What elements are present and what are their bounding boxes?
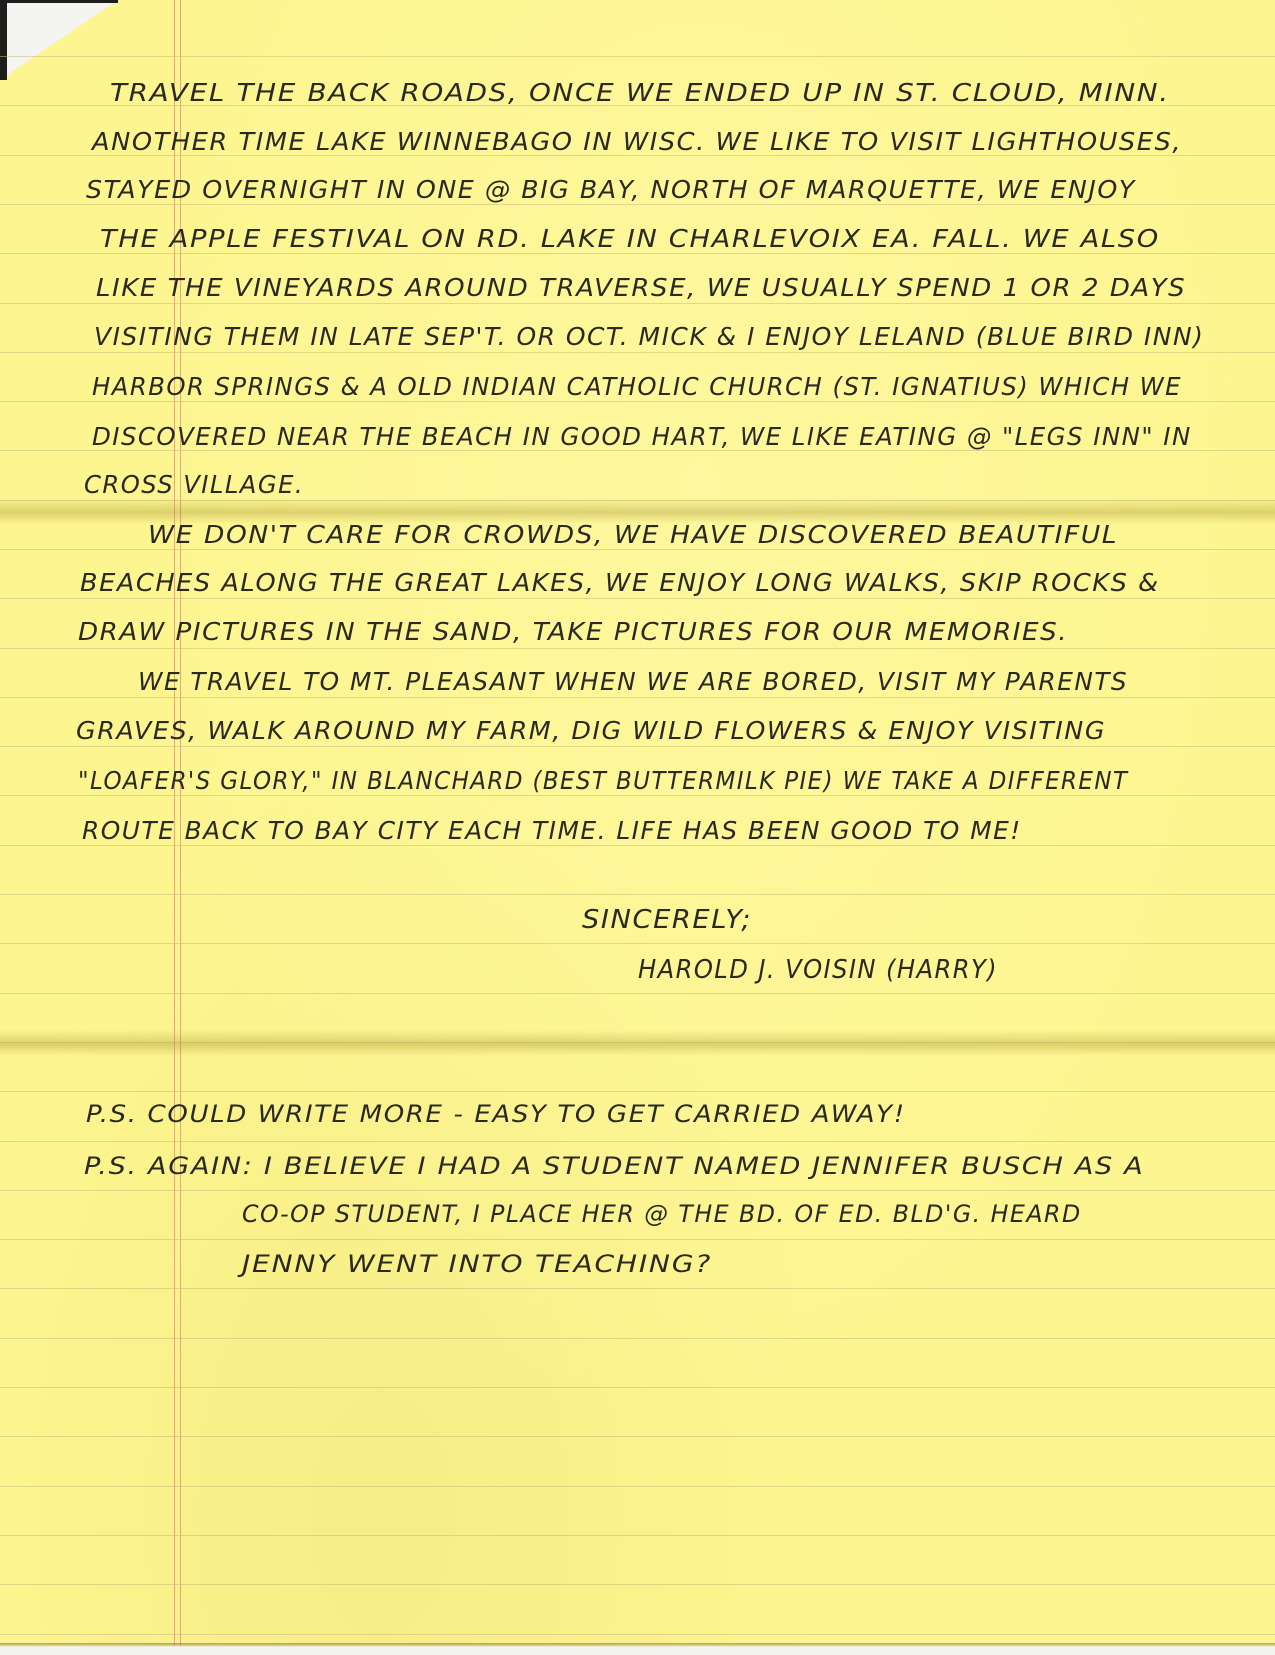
ruled-line xyxy=(0,1288,1275,1289)
ruled-line xyxy=(0,845,1275,846)
letter-line: "LOAFER'S GLORY," IN BLANCHARD (BEST BUT… xyxy=(78,766,1128,795)
ruled-line xyxy=(0,1486,1275,1487)
letter-line: ANOTHER TIME LAKE WINNEBAGO IN WISC. WE … xyxy=(92,127,1182,156)
postscript-line: P.S. COULD WRITE MORE - EASY TO GET CARR… xyxy=(86,1100,906,1128)
ruled-line xyxy=(0,648,1275,649)
letter-line: GRAVES, WALK AROUND MY FARM, DIG WILD FL… xyxy=(76,716,1106,745)
scan-border-top xyxy=(0,0,118,3)
ruled-line xyxy=(0,253,1275,254)
postscript-line: CO-OP STUDENT, I PLACE HER @ THE BD. OF … xyxy=(242,1200,1082,1228)
letter-line: HARBOR SPRINGS & A OLD INDIAN CATHOLIC C… xyxy=(92,372,1182,401)
paper-fold xyxy=(0,1030,1275,1056)
letter-line: ROUTE BACK TO BAY CITY EACH TIME. LIFE H… xyxy=(82,816,1022,845)
letter-line: VISITING THEM IN LATE SEP'T. OR OCT. MIC… xyxy=(94,322,1204,351)
letter-line: WE DON'T CARE FOR CROWDS, WE HAVE DISCOV… xyxy=(148,520,1118,549)
ruled-line xyxy=(0,943,1275,944)
ruled-line xyxy=(0,303,1275,304)
letter-line: LIKE THE VINEYARDS AROUND TRAVERSE, WE U… xyxy=(96,273,1186,302)
ruled-line xyxy=(0,549,1275,550)
ruled-line xyxy=(0,1141,1275,1142)
ruled-line xyxy=(0,352,1275,353)
ruled-line xyxy=(0,1584,1275,1585)
ruled-line xyxy=(0,894,1275,895)
letter-line: DISCOVERED NEAR THE BEACH IN GOOD HART, … xyxy=(92,422,1192,451)
ruled-line xyxy=(0,1190,1275,1191)
ruled-line xyxy=(0,598,1275,599)
letter-line: BEACHES ALONG THE GREAT LAKES, WE ENJOY … xyxy=(80,568,1160,597)
ruled-line xyxy=(0,795,1275,796)
ruled-line xyxy=(0,1091,1275,1092)
ruled-line xyxy=(0,746,1275,747)
ruled-line xyxy=(0,1338,1275,1339)
letter-line: TRAVEL THE BACK ROADS, ONCE WE ENDED UP … xyxy=(110,78,1170,107)
ruled-line xyxy=(0,1436,1275,1437)
ruled-line xyxy=(0,993,1275,994)
ruled-line xyxy=(0,204,1275,205)
letter-line: THE APPLE FESTIVAL ON RD. LAKE IN CHARLE… xyxy=(100,224,1160,253)
ruled-line xyxy=(0,1239,1275,1240)
letter-line: WE TRAVEL TO MT. PLEASANT WHEN WE ARE BO… xyxy=(138,667,1128,696)
signature: HAROLD J. VOISIN (HARRY) xyxy=(638,955,998,985)
scan-border xyxy=(0,0,7,80)
letter-line: DRAW PICTURES IN THE SAND, TAKE PICTURES… xyxy=(78,617,1068,646)
ruled-line xyxy=(0,1634,1275,1635)
letter-line: CROSS VILLAGE. xyxy=(84,470,304,499)
letter-line: STAYED OVERNIGHT IN ONE @ BIG BAY, NORTH… xyxy=(86,175,1136,204)
paper-bottom-edge xyxy=(0,1643,1275,1647)
ruled-line xyxy=(0,697,1275,698)
postscript-line: JENNY WENT INTO TEACHING? xyxy=(242,1250,712,1278)
ruled-line xyxy=(0,401,1275,402)
closing: SINCERELY; xyxy=(582,905,752,935)
ruled-line xyxy=(0,56,1275,57)
ruled-line xyxy=(0,1387,1275,1388)
ruled-line xyxy=(0,1535,1275,1536)
postscript-line: P.S. AGAIN: I BELIEVE I HAD A STUDENT NA… xyxy=(84,1152,1144,1180)
